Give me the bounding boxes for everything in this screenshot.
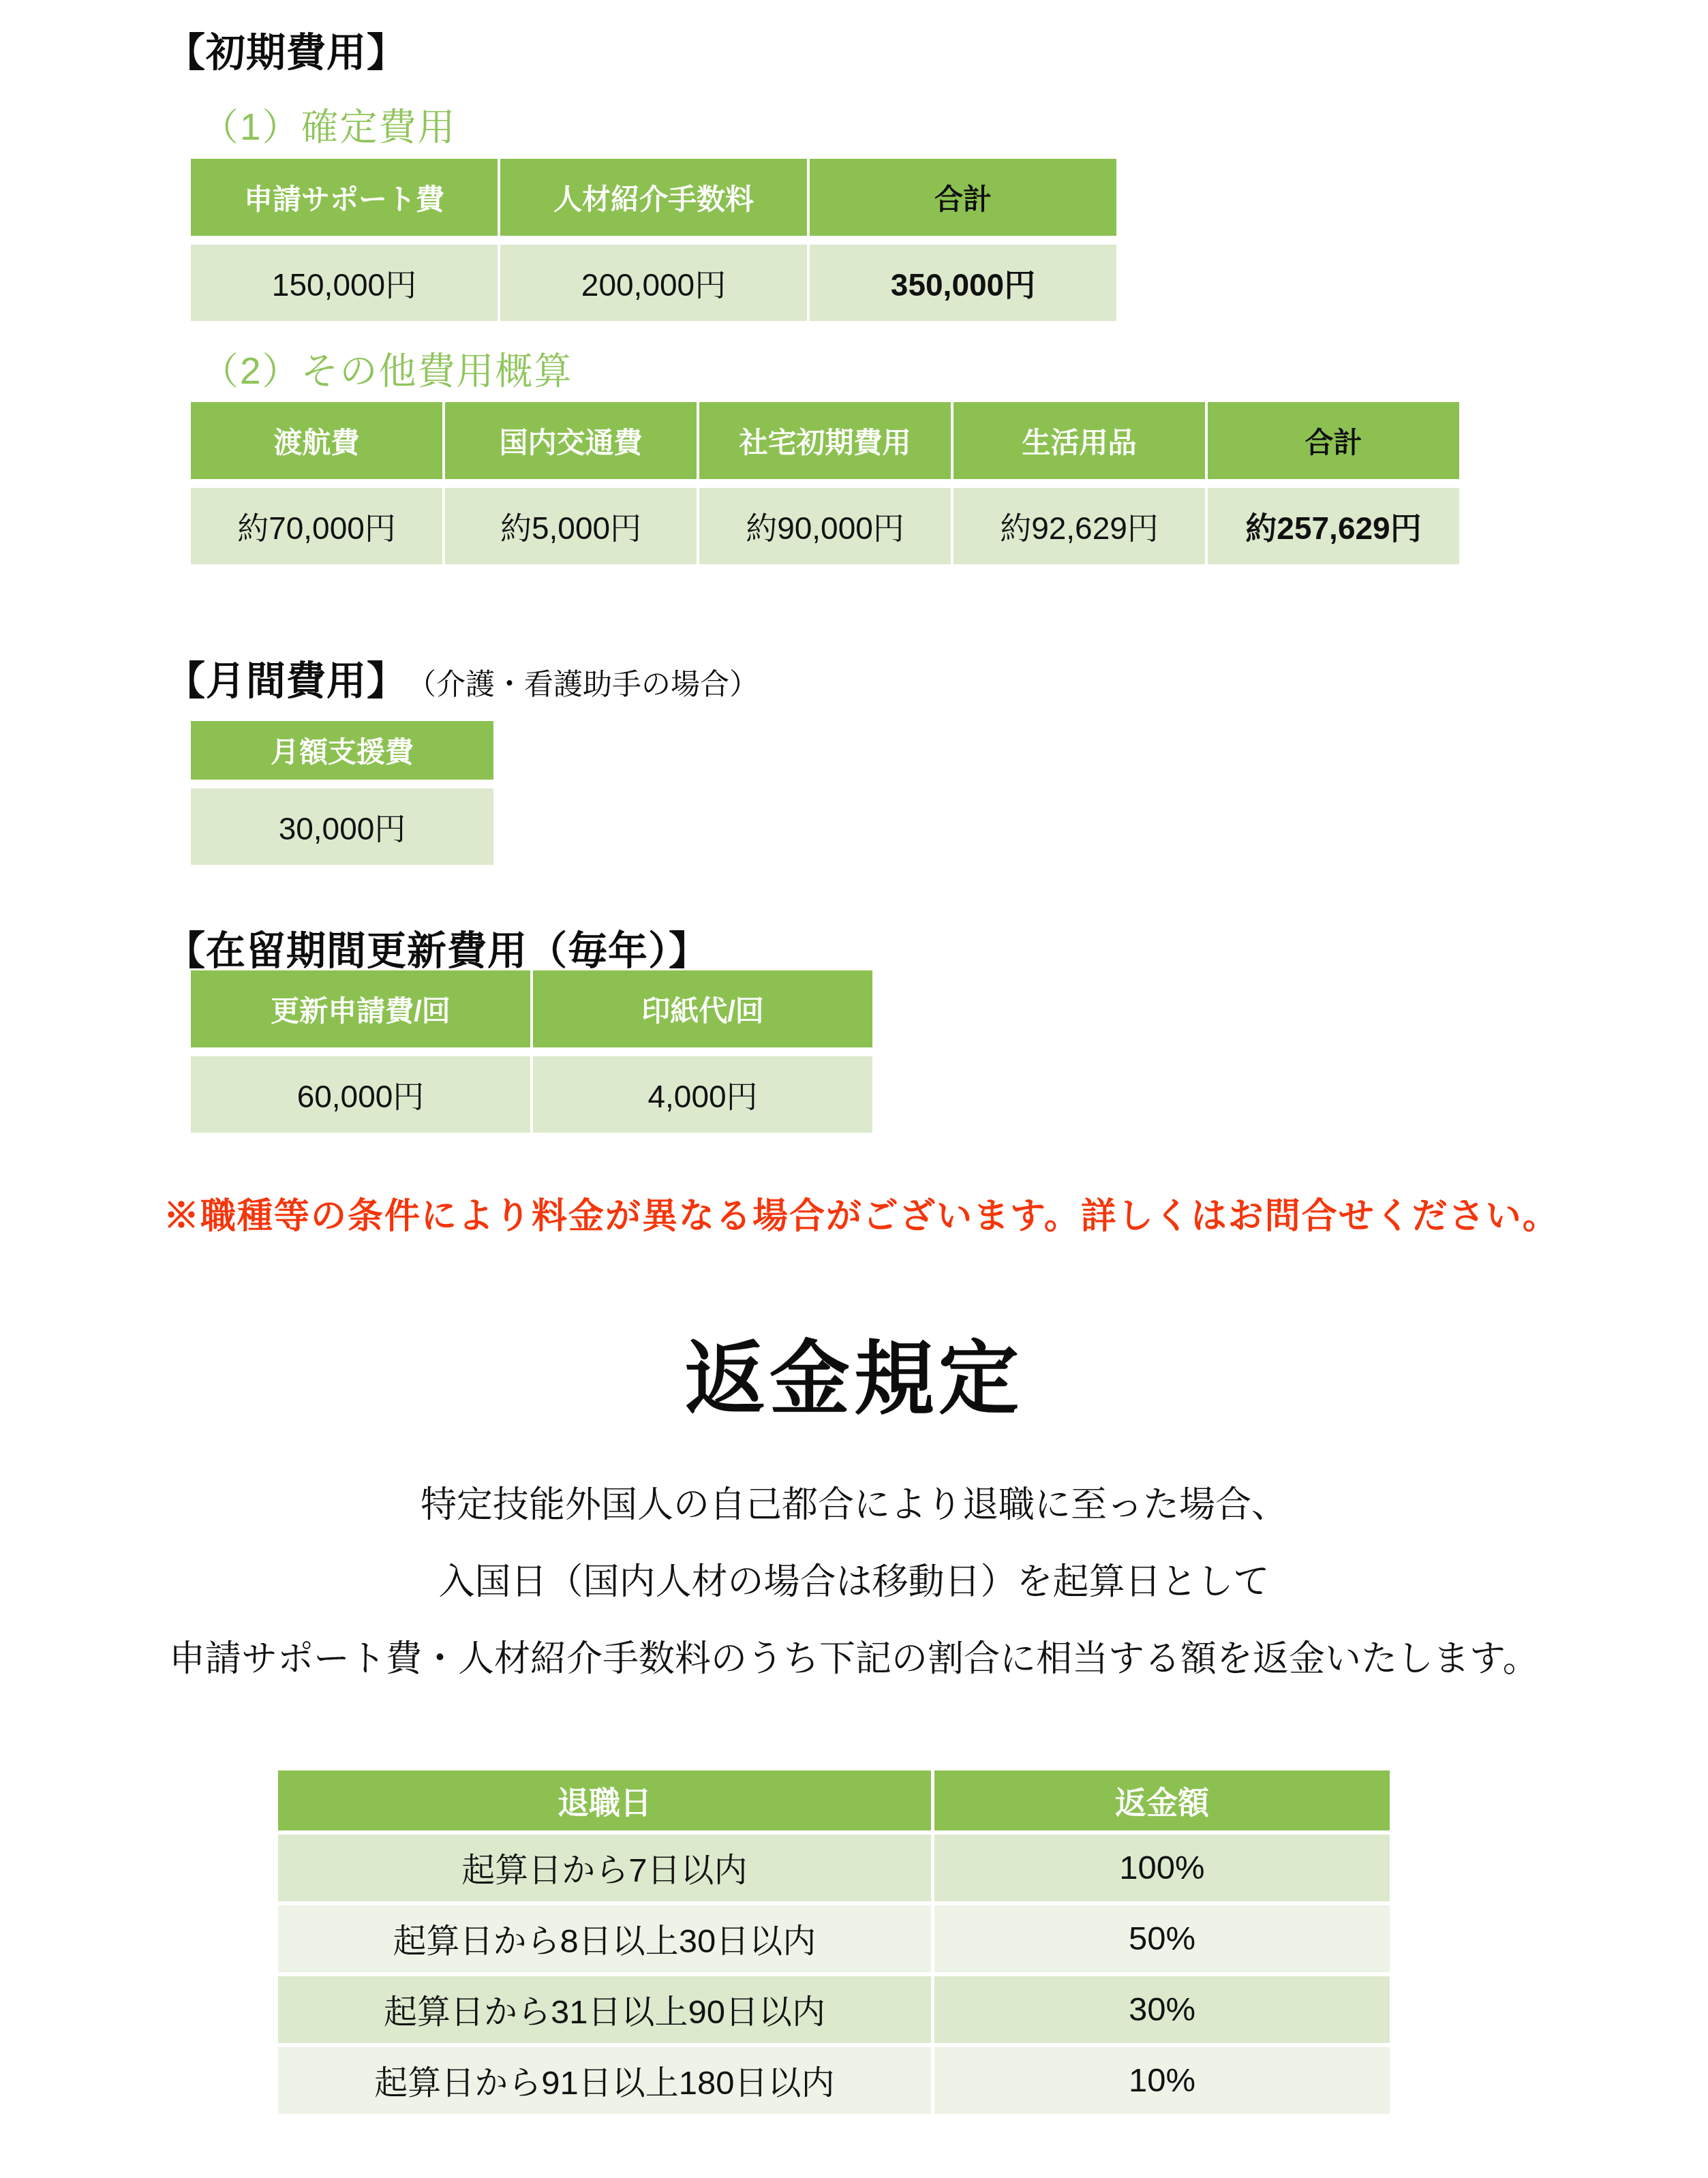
renewal-costs-heading: 【在留期間更新費用（毎年）】 [166, 919, 709, 976]
table-row-cell: 50% [934, 1905, 1390, 1972]
table-value-cell: 約92,629円 [954, 488, 1205, 564]
table-row-cell: 30% [934, 1976, 1390, 2043]
table-row-cell: 起算日から91日以上180日以内 [278, 2047, 931, 2114]
monthly-costs-heading: 【月間費用】 [166, 649, 407, 706]
table-value-cell: 約90,000円 [699, 488, 951, 564]
table-row-cell: 100% [934, 1835, 1390, 1901]
monthly-costs-note: （介護・看護助手の場合） [407, 662, 759, 703]
table-header-cell: 月額支援費 [191, 721, 493, 780]
table-header-cell: 国内交通費 [445, 402, 697, 479]
fixed-costs-subheading: （1）確定費用 [201, 97, 457, 151]
refund-policy-description-line: 特定技能外国人の自己都合により退職に至った場合、 [0, 1467, 1708, 1544]
table-header-cell: 印紙代/回 [533, 970, 872, 1047]
table-row-cell: 起算日から31日以上90日以内 [278, 1976, 931, 2043]
fixed-costs-table: 申請サポート費 人材紹介手数料 合計 150,000円 200,000円 350… [191, 159, 1116, 321]
table-total-cell: 350,000円 [810, 245, 1116, 321]
initial-costs-heading: 【初期費用】 [166, 20, 407, 78]
monthly-costs-heading-row: 【月間費用】 （介護・看護助手の場合） [166, 649, 759, 706]
table-header-cell: 生活用品 [954, 402, 1205, 479]
table-header-cell: 渡航費 [191, 402, 442, 479]
table-header-cell: 返金額 [934, 1770, 1390, 1830]
refund-policy-description-line: 入国日（国内人材の場合は移動日）を起算日として [0, 1544, 1708, 1621]
table-value-cell: 4,000円 [533, 1056, 872, 1133]
refund-policy-description-line: 申請サポート費・人材紹介手数料のうち下記の割合に相当する額を返金いたします。 [0, 1621, 1708, 1698]
refund-schedule-table: 退職日 返金額 起算日から7日以内 100% 起算日から8日以上30日以内 50… [278, 1770, 1390, 2114]
table-value-cell: 150,000円 [191, 245, 498, 321]
table-header-cell: 更新申請費/回 [191, 970, 530, 1047]
table-header-cell: 申請サポート費 [191, 159, 498, 236]
other-costs-table: 渡航費 国内交通費 社宅初期費用 生活用品 合計 約70,000円 約5,000… [191, 402, 1459, 564]
table-header-cell: 合計 [810, 159, 1116, 236]
table-value-cell: 60,000円 [191, 1056, 530, 1133]
table-row-cell: 起算日から7日以内 [278, 1835, 931, 1901]
table-value-cell: 約70,000円 [191, 488, 442, 564]
table-header-cell: 合計 [1208, 402, 1459, 479]
table-value-cell: 30,000円 [191, 788, 493, 865]
other-costs-subheading: （2）その他費用概算 [201, 341, 573, 395]
price-disclaimer-note: ※職種等の条件により料金が異なる場合がございます。詳しくはお問合せください。 [164, 1187, 1559, 1238]
pricing-flyer-page: 【初期費用】 （1）確定費用 申請サポート費 人材紹介手数料 合計 150,00… [0, 0, 1708, 2178]
table-value-cell: 200,000円 [500, 245, 807, 321]
table-header-cell: 退職日 [278, 1770, 931, 1830]
table-row-cell: 起算日から8日以上30日以内 [278, 1905, 931, 1972]
refund-policy-description: 特定技能外国人の自己都合により退職に至った場合、 入国日（国内人材の場合は移動日… [0, 1467, 1708, 1698]
table-total-cell: 約257,629円 [1208, 488, 1459, 564]
table-row-cell: 10% [934, 2047, 1390, 2114]
renewal-costs-table: 更新申請費/回 印紙代/回 60,000円 4,000円 [191, 970, 872, 1133]
table-header-cell: 社宅初期費用 [699, 402, 951, 479]
monthly-support-table: 月額支援費 30,000円 [191, 721, 493, 865]
table-header-cell: 人材紹介手数料 [500, 159, 807, 236]
table-value-cell: 約5,000円 [445, 488, 697, 564]
refund-policy-title: 返金規定 [0, 1314, 1708, 1430]
